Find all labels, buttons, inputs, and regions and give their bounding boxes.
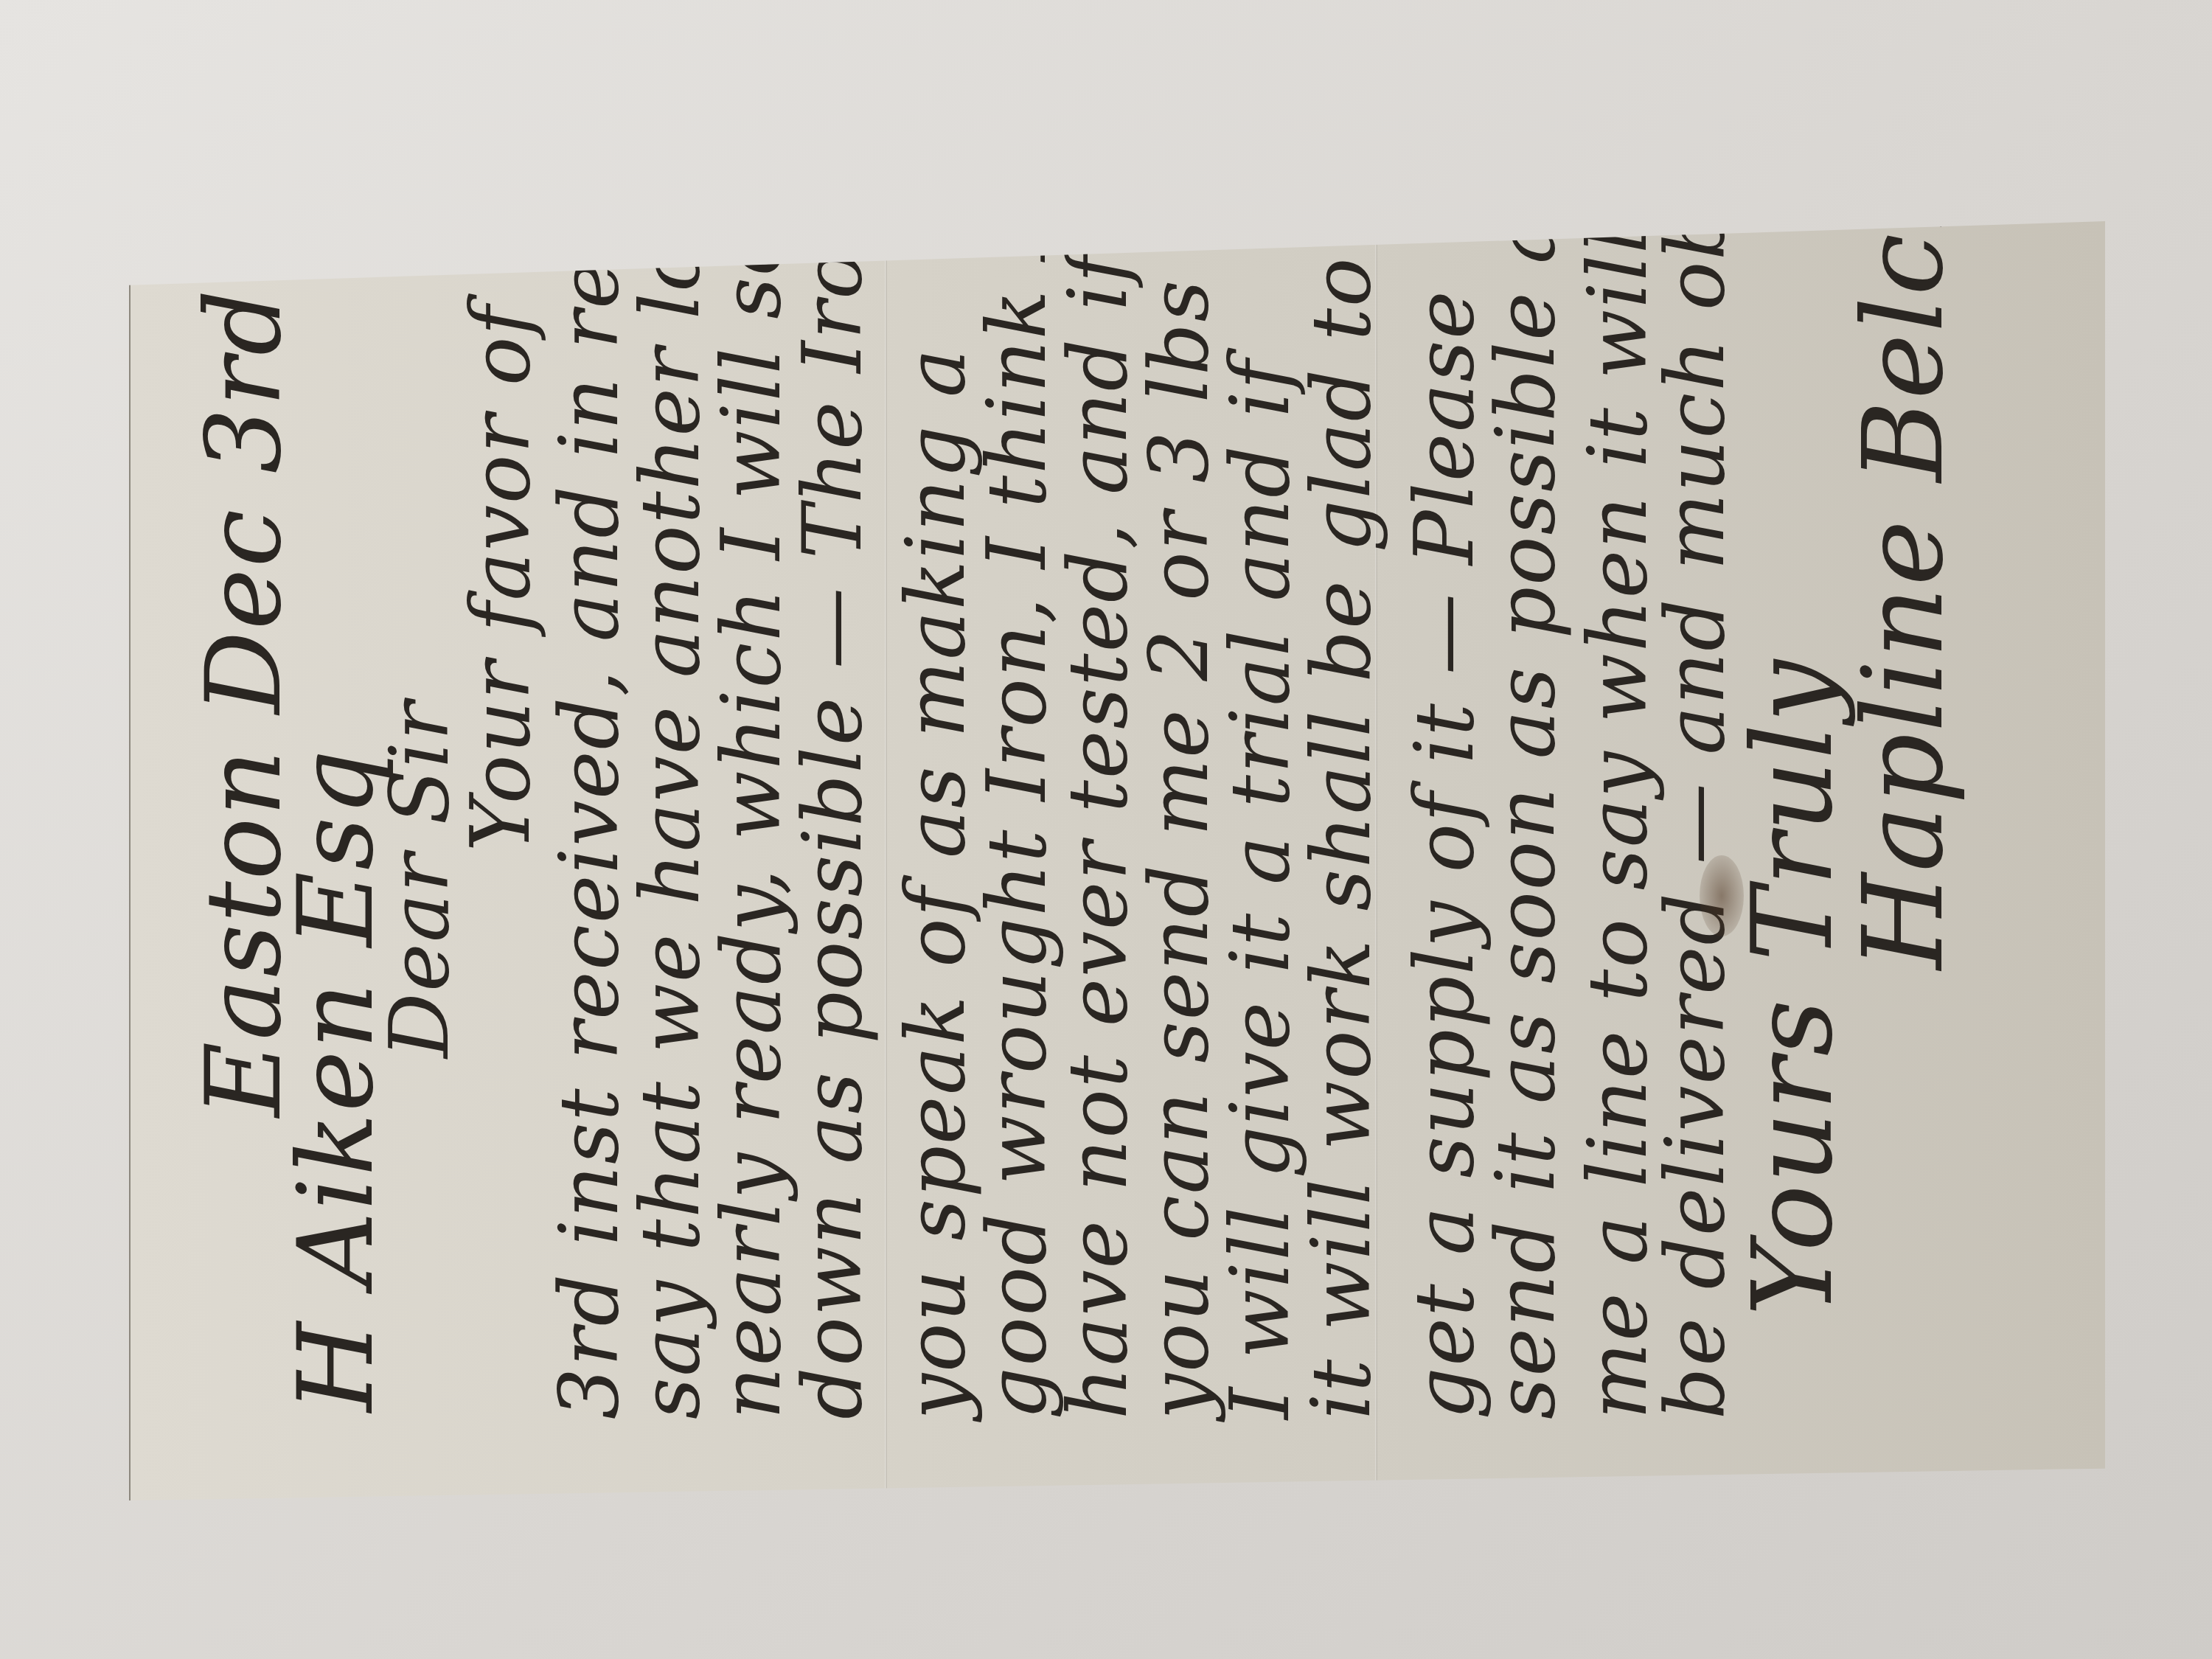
ink-blot bbox=[1700, 855, 1744, 936]
body-line: down as possible — The Iron bbox=[785, 195, 880, 1419]
salutation: Dear Sir bbox=[372, 700, 467, 1058]
body-line: 3rd inst received, and in reply will bbox=[542, 0, 636, 1419]
body-line: I will give it a trial and if bbox=[1213, 358, 1307, 1419]
body-line: you can send me 2 or 3 lbs bbox=[1132, 279, 1226, 1419]
body-line: get a supply of it — Please bbox=[1397, 290, 1492, 1419]
body-line: Your favor of the bbox=[453, 139, 548, 852]
body-line: send it as soon as possible and send bbox=[1478, 0, 1573, 1419]
body-line: say that we have another lot of casting bbox=[623, 0, 717, 1419]
body-line: nearly ready, which I will send bbox=[704, 119, 799, 1419]
body-line: be delivered — and much oblige bbox=[1648, 49, 1742, 1419]
letter-paper: Easton Dec 3rd 1862 H Aiken Esq Dear Sir… bbox=[129, 221, 2105, 1500]
body-line: good wrought Iron, I think I bbox=[970, 228, 1064, 1419]
body-line: you speak of as making a bbox=[888, 347, 983, 1419]
body-line: have not ever tested, and if bbox=[1051, 251, 1145, 1419]
body-line: it will work shall be glad to bbox=[1294, 257, 1388, 1419]
signature: Hapline Belcher bbox=[1840, 38, 1968, 970]
closing: Yours Truly bbox=[1729, 658, 1857, 1316]
fold-line bbox=[885, 221, 887, 1500]
